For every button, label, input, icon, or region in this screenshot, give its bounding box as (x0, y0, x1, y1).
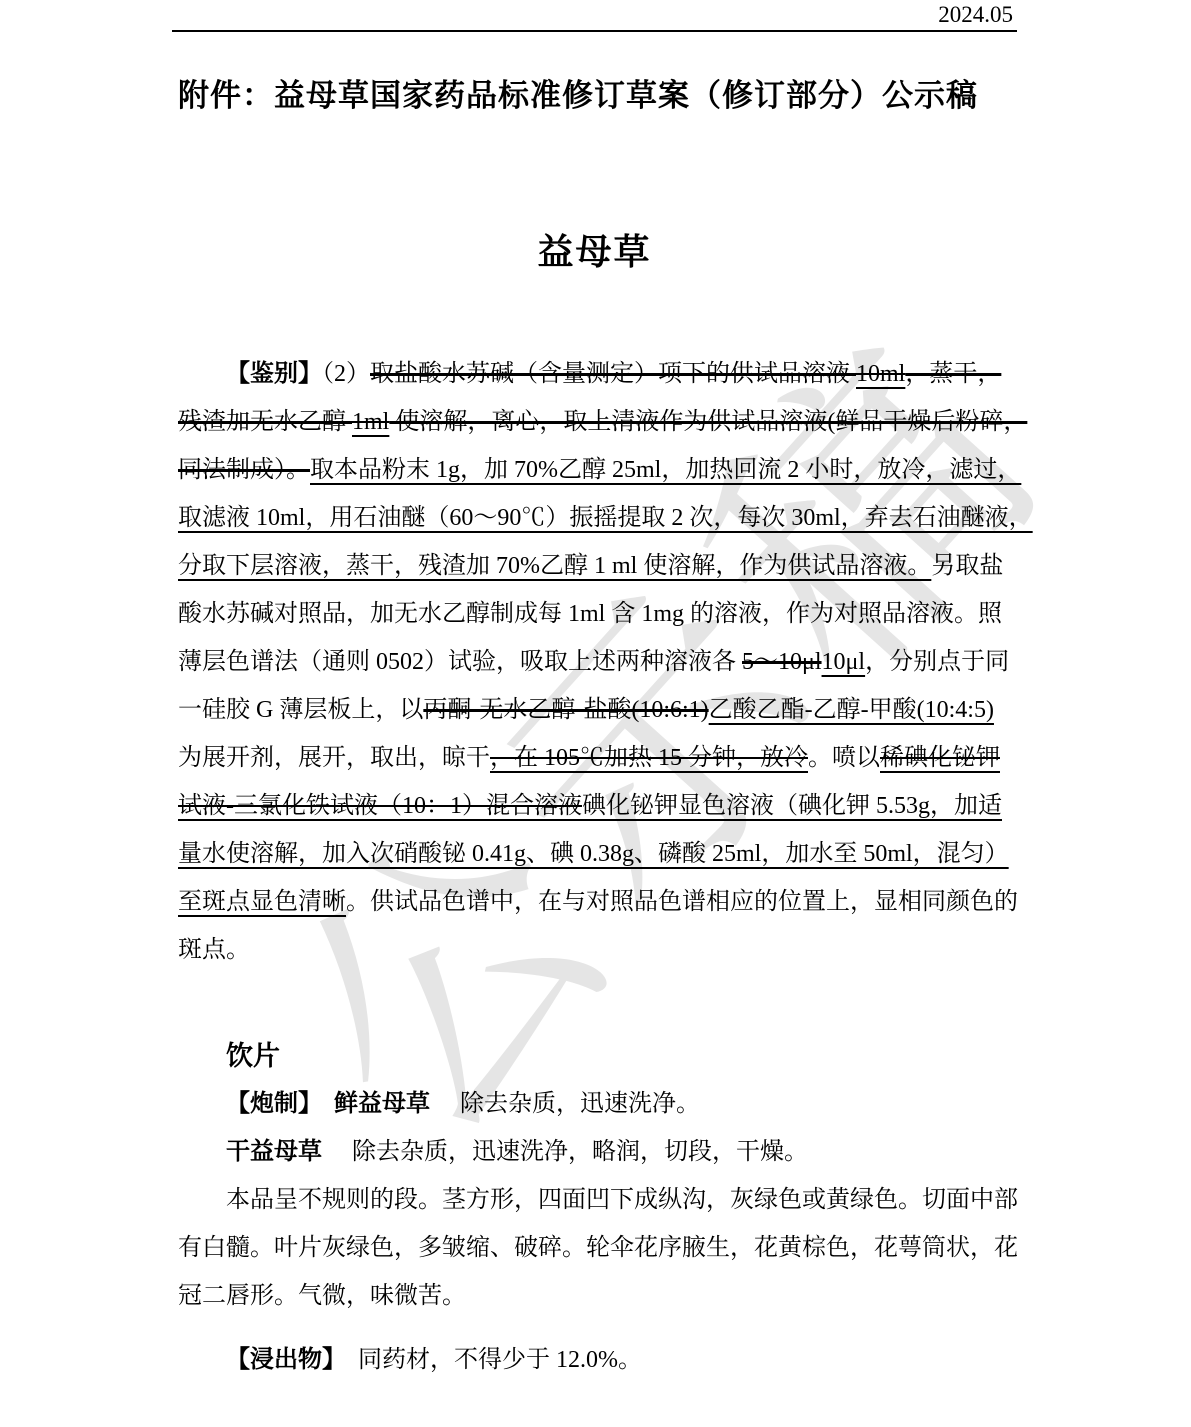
gan-yimucao-line: 干益母草 除去杂质，迅速洗净，略润，切段，干燥。 (178, 1128, 1038, 1176)
description-paragraph: 本品呈不规则的段。茎方形，四面凹下成纵沟，灰绿色或黄绿色。切面中部有白髓。叶片灰… (178, 1176, 1038, 1320)
attachment-title: 附件：益母草国家药品标准修订草案（修订部分）公示稿 (178, 70, 978, 115)
drug-title: 益母草 (172, 224, 1017, 275)
section-heading-yinpian: 饮片 (226, 1041, 280, 1071)
text-line: 量水使溶解，加入次硝酸铋 0.41g、碘 0.38g、磷酸 25ml，加水至 5… (178, 830, 1038, 878)
text-segment-ins: 10μl (822, 649, 866, 675)
text-line: 同法制成）。取本品粉末 1g，加 70%乙醇 25ml，加热回流 2 小时，放冷… (178, 446, 1038, 494)
text-segment-del: 5～10μl (742, 649, 822, 675)
text-segment-normal: 一硅胶 G 薄层板上，以 (178, 697, 423, 723)
text-segment-ins: 乙酸乙酯-乙醇-甲酸(10:4:5) (709, 697, 994, 723)
text-segment-ins: 分取下层溶液，蒸干，残渣加 70%乙醇 1 ml 使溶解，作为供试品溶液。 (178, 553, 931, 579)
text-segment-del: ，蒸干， (905, 361, 1001, 387)
text-line: 薄层色谱法（通则 0502）试验，吸取上述两种溶液各 5～10μl10μl，分别… (178, 638, 1038, 686)
section-gap (178, 974, 1038, 1032)
text-segment-normal: ，分别点于同 (865, 649, 1009, 675)
text-segment-normal: 另取盐 (931, 553, 1003, 579)
text-segment-normal: 酸水苏碱对照品，加无水乙醇制成每 1ml 含 1mg 的溶液，作为对照品溶液。照 (178, 601, 1002, 627)
text-segment-delins: 10ml (856, 361, 905, 387)
text-line: 试液-三氯化铁试液（10：1）混合溶液碘化铋钾显色溶液（碘化钾 5.53g，加适 (178, 782, 1038, 830)
document-page: 公示稿 2024.05 附件：益母草国家药品标准修订草案（修订部分）公示稿 益母… (0, 0, 1191, 1427)
document-body: 【鉴别】（2）取盐酸水苏碱（含量测定）项下的供试品溶液 10ml，蒸干，残渣加无… (178, 350, 1038, 1384)
identification-paragraph: 【鉴别】（2）取盐酸水苏碱（含量测定）项下的供试品溶液 10ml，蒸干，残渣加无… (178, 350, 1038, 974)
text-segment-del: 取盐酸水苏碱（含量测定）项下的供试品溶液 (370, 361, 856, 387)
text-segment-del: 残渣加无水乙醇 (178, 409, 352, 435)
text-segment-normal: （2） (322, 361, 370, 387)
text-line: 斑点。 (178, 926, 1038, 974)
text-segment-bold: 干益母草 (226, 1139, 322, 1165)
text-segment-normal: 同药材，不得少于 12.0%。 (334, 1347, 642, 1373)
text-segment-bold: 【炮制】 鲜益母草 (226, 1091, 430, 1117)
text-segment-normal: 薄层色谱法（通则 0502）试验，吸取上述两种溶液各 (178, 649, 742, 675)
text-line: 至斑点显色清晰。供试品色谱中，在与对照品色谱相应的位置上，显相同颜色的 (178, 878, 1038, 926)
text-segment-bold: 【鉴别】 (226, 361, 322, 387)
text-line: 【鉴别】（2）取盐酸水苏碱（含量测定）项下的供试品溶液 10ml，蒸干， (178, 350, 1038, 398)
text-segment-normal: 本品呈不规则的段。茎方形，四面凹下成纵沟，灰绿色或黄绿色。切面中部 (226, 1187, 1018, 1213)
text-segment-bold: 【浸出物】 (226, 1347, 334, 1373)
text-line: 残渣加无水乙醇 1ml 使溶解，离心，取上清液作为供试品溶液(鲜品干燥后粉碎， (178, 398, 1038, 446)
text-segment-normal: 除去杂质，迅速洗净。 (430, 1091, 700, 1117)
text-segment-normal: 为展开剂，展开，取出，晾干 (178, 745, 490, 771)
header-divider (172, 30, 1017, 32)
text-segment-delins: 1ml (352, 409, 389, 435)
section-gap (178, 1320, 1038, 1336)
text-line: 为展开剂，展开，取出，晾干，在 105℃加热 15 分钟，放冷。喷以稀碘化铋钾 (178, 734, 1038, 782)
text-segment-del: 丙酮-无水乙醇-盐酸(10:6:1) (423, 697, 708, 723)
text-segment-ins: 碘化铋钾显色溶液（碘化钾 5.53g，加适 (582, 793, 1002, 819)
text-segment-ins: 取滤液 10ml，用石油醚（60～90℃）振摇提取 2 次，每次 30ml，弃去… (178, 505, 1033, 531)
text-segment-delins: 试液-三氯化铁试液（10：1）混合溶液 (178, 793, 582, 819)
text-segment-normal: 除去杂质，迅速洗净，略润，切段，干燥。 (322, 1139, 808, 1165)
text-segment-del: 同法制成）。 (178, 457, 310, 483)
header-date: 2024.05 (938, 2, 1013, 28)
text-segment-del: 使溶解，离心，取上清液作为供试品溶液(鲜品干燥后粉碎， (389, 409, 1027, 435)
text-line: 取滤液 10ml，用石油醚（60～90℃）振摇提取 2 次，每次 30ml，弃去… (178, 494, 1038, 542)
text-line: 有白髓。叶片灰绿色，多皱缩、破碎。轮伞花序腋生，花黄棕色，花萼筒状，花 (178, 1224, 1038, 1272)
text-segment-ins: 量水使溶解，加入次硝酸铋 0.41g、碘 0.38g、磷酸 25ml，加水至 5… (178, 841, 1009, 867)
text-line: 本品呈不规则的段。茎方形，四面凹下成纵沟，灰绿色或黄绿色。切面中部 (178, 1176, 1038, 1224)
text-line: 一硅胶 G 薄层板上，以丙酮-无水乙醇-盐酸(10:6:1)乙酸乙酯-乙醇-甲酸… (178, 686, 1038, 734)
text-segment-normal: 。供试品色谱中，在与对照品色谱相应的位置上，显相同颜色的 (346, 889, 1018, 915)
text-segment-normal: 有白髓。叶片灰绿色，多皱缩、破碎。轮伞花序腋生，花黄棕色，花萼筒状，花 (178, 1235, 1018, 1261)
text-segment-normal: 。喷以 (808, 745, 880, 771)
text-segment-normal: 斑点。 (178, 937, 250, 963)
extractives-line: 【浸出物】 同药材，不得少于 12.0%。 (178, 1336, 1038, 1384)
text-line: 冠二唇形。气微，味微苦。 (178, 1272, 1038, 1320)
paozhi-line: 【炮制】 鲜益母草 除去杂质，迅速洗净。 (178, 1080, 1038, 1128)
text-line: 酸水苏碱对照品，加无水乙醇制成每 1ml 含 1mg 的溶液，作为对照品溶液。照 (178, 590, 1038, 638)
text-segment-ins: 至斑点显色清晰 (178, 889, 346, 915)
text-segment-ins: 取本品粉末 1g，加 70%乙醇 25ml，加热回流 2 小时，放冷，滤过， (310, 457, 1021, 483)
text-segment-normal: 冠二唇形。气微，味微苦。 (178, 1283, 466, 1309)
text-segment-delins: ，在 105℃加热 15 分钟，放冷 (490, 745, 808, 771)
text-segment-delins: 稀碘化铋钾 (880, 745, 1000, 771)
section-heading-line: 饮片 (178, 1032, 1038, 1080)
text-line: 分取下层溶液，蒸干，残渣加 70%乙醇 1 ml 使溶解，作为供试品溶液。另取盐 (178, 542, 1038, 590)
